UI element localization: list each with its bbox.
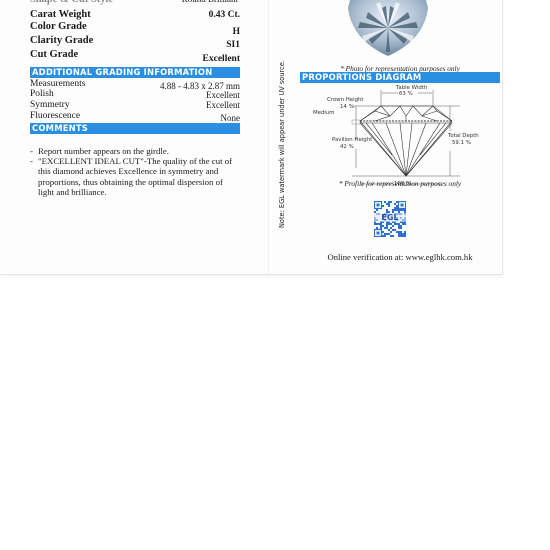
grade-row: Cut Grade Excellent	[30, 49, 240, 60]
proportions-header: PROPORTIONS DIAGRAM	[300, 72, 500, 83]
girdle-label: Medium	[313, 110, 335, 116]
grade-label: Clarity Grade	[30, 35, 93, 46]
grade-row: Color Grade H	[30, 21, 240, 32]
grade-label: Carat Weight	[30, 9, 91, 20]
crown-height-value: 14 %	[340, 104, 354, 110]
additional-value: Excellent	[206, 100, 240, 110]
additional-label: Symmetry	[30, 100, 70, 110]
total-depth-label: Total Depth	[448, 133, 479, 139]
uv-watermark-note: Note: EGL watermark will appear under UV…	[278, 60, 286, 228]
additional-row: Symmetry Excellent	[30, 99, 240, 110]
grade-value: Excellent	[203, 54, 240, 64]
online-verification[interactable]: Online verification at: www.eglhk.com.hk	[300, 252, 500, 262]
crown-height-label: Crown Height	[327, 97, 364, 103]
comments-header: COMMENTS	[30, 123, 240, 134]
comment-item: - Report number appears on the girdle.	[30, 146, 245, 156]
grade-row: Carat Weight 0.43 Ct.	[30, 7, 240, 20]
proportions-diagram: Table Width 63 % Crown Height 14 % Mediu…	[300, 83, 500, 188]
pavilion-height-value: 42 %	[340, 144, 354, 150]
profile-disclaimer: * Profile for representation purposes on…	[300, 179, 500, 188]
comment-item: - "EXCELLENT IDEAL CUT"-The quality of t…	[30, 156, 238, 197]
pavilion-height-label: Pavilion Height	[332, 137, 372, 143]
additional-row: Polish Excellent	[30, 88, 240, 99]
qr-logo: EGL	[374, 213, 406, 222]
shape-value: Round Brilliant	[182, 0, 238, 4]
grading-report-card: Shape & Cut Style Round Brilliant Carat …	[0, 0, 503, 275]
grade-label: Cut Grade	[30, 49, 78, 60]
shape-row: Shape & Cut Style Round Brilliant	[30, 0, 240, 5]
grade-label: Color Grade	[30, 21, 87, 32]
diamond-photo	[346, 0, 430, 58]
additional-value: None	[221, 113, 241, 123]
grade-value: 0.43 Ct.	[209, 10, 240, 20]
total-depth-value: 59.1 %	[452, 140, 471, 146]
qr-code[interactable]: EGL	[374, 201, 406, 237]
additional-label: Polish	[30, 89, 54, 99]
grade-row: Clarity Grade SI1	[30, 35, 240, 46]
fold-line	[268, 0, 269, 274]
additional-info-header: ADDITIONAL GRADING INFORMATION	[30, 67, 240, 78]
additional-label: Fluorescence	[30, 111, 80, 121]
additional-row: Fluorescence None	[30, 110, 240, 121]
table-width-value: 63 %	[399, 91, 413, 97]
shape-label: Shape & Cut Style	[30, 0, 113, 5]
comments-list: - Report number appears on the girdle. -…	[30, 146, 245, 197]
